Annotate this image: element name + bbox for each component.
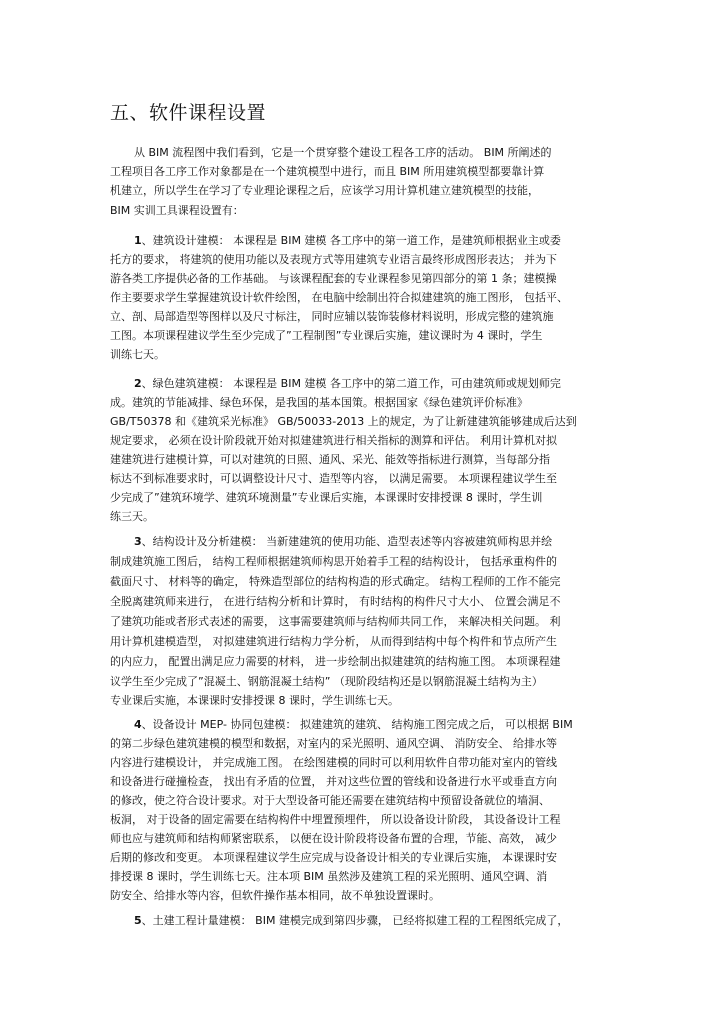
item-number: 4: [134, 718, 142, 731]
text-line: 规定要求， 必须在设计阶段就开始对拟建建筑进行相关指标的测算和评估。 利用计算机…: [110, 434, 615, 448]
text-line: 4、设备设计 MEP- 协同包建模： 拟建建筑的建筑、 结构施工图完成之后， 可…: [134, 718, 615, 732]
text-line: 师也应与建筑师和结构师紧密联系， 以便在设计阶段将设备布置的合理，节能、高效， …: [110, 832, 615, 846]
text-line: 成。建筑的节能减排、绿色环保，是我国的基本国策。根据国家《绿色建筑评价标准》: [110, 396, 615, 410]
text-line: 和设备进行碰撞检查， 找出有矛盾的位置， 并对这些位置的管线和设备进行水平或垂直…: [110, 775, 615, 789]
text-line: 内容进行建模设计， 并完成施工图。 在绘图建模的同时可以利用软件自带功能对室内的…: [110, 756, 615, 770]
text-line: 机建立，所以学生在学习了专业理论课程之后，应该学习用计算机建立建筑模型的技能，: [110, 184, 615, 198]
text-line: 少完成了”建筑环境学、建筑环境测量”专业课后实施，本课课时安排授课 8 课时，学…: [110, 491, 615, 505]
text-line: 从 BIM 流程图中我们看到，它是一个贯穿整个建设工程各工序的活动。 BIM 所…: [134, 146, 615, 160]
text-line: 防安全、给排水等内容，但软件操作基本相同，故不单独设置课时。: [110, 889, 615, 903]
text-line-content: 、建筑设计建模： 本课程是 BIM 建模 各工序中的第一道工作，是建筑师根据业主…: [142, 234, 561, 247]
text-line: 工程项目各工序工作对象都是在一个建筑模型中进行，而且 BIM 所用建筑模型都要靠…: [110, 165, 615, 179]
document-page: 五、软件课程设置 从 BIM 流程图中我们看到，它是一个贯穿整个建设工程各工序的…: [0, 0, 724, 1024]
text-line: 托方的要求， 将建筑的使用功能以及表现方式等用建筑专业语言最终形成图形表达； 并…: [110, 253, 615, 267]
text-line: 工图。本项课程建议学生至少完成了”工程制图”专业课后实施，建议课时为 4 课时，…: [110, 329, 615, 343]
text-line: GB/T50378 和《建筑采光标准》 GB/50033-2013 上的规定，为…: [110, 415, 615, 429]
text-line: 的修改，使之符合设计要求。对于大型设备可能还需要在建筑结构中预留设备就位的墙洞、: [110, 794, 615, 808]
text-line-content: 、结构设计及分析建模： 当新建建筑的使用功能、造型表述等内容被建筑师构思并绘: [142, 535, 553, 548]
text-line: BIM 实训工具课程设置有：: [110, 204, 615, 218]
text-line: 制成建筑施工图后， 结构工程师根据建筑师构思开始着手工程的结构设计， 包括承重构…: [110, 555, 615, 569]
text-line: 截面尺寸、 材料等的确定， 特殊造型部位的结构构造的形式确定。 结构工程师的工作…: [110, 575, 615, 589]
text-line: 的内应力， 配置出满足应力需要的材料， 进一步绘制出拟建建筑的结构施工图。 本项…: [110, 655, 615, 669]
text-line: 专业课后实施，本课课时安排授课 8 课时，学生训练七天。: [110, 694, 615, 708]
text-line: 议学生至少完成了”混凝土、钢筋混凝土结构” （现阶段结构还是以钢筋混凝土结构为主…: [110, 675, 615, 689]
text-line: 的第二步绿色建筑建模的模型和数据，对室内的采光照明、通风空调、 消防安全、 给排…: [110, 737, 615, 751]
text-line: 游各类工序提供必备的工作基础。 与该课程配套的专业课程参见第四部分的第 1 条；…: [110, 272, 615, 286]
text-line-content: 、绿色建筑建模： 本课程是 BIM 建模 各工序中的第二道工作，可由建筑师或规划…: [142, 377, 561, 390]
text-line: 3、结构设计及分析建模： 当新建建筑的使用功能、造型表述等内容被建筑师构思并绘: [134, 535, 615, 549]
text-line: 标达不到标准要求时，可以调整设计尺寸、造型等内容， 以满足需要。 本项课程建议学…: [110, 472, 615, 486]
text-line: 立、剖、局部造型等图样以及尺寸标注， 同时应辅以装饰装修材料说明，形成完整的建筑…: [110, 310, 615, 324]
item-number: 1: [134, 234, 142, 247]
text-line: 作主要要求学生掌握建筑设计软件绘图， 在电脑中绘制出符合拟建建筑的施工图形， 包…: [110, 291, 615, 305]
item-number: 2: [134, 377, 142, 390]
text-line: 用计算机建模造型， 对拟建建筑进行结构力学分析， 从而得到结构中每个构件和节点所…: [110, 635, 615, 649]
item-number: 5: [134, 914, 142, 927]
text-line: 全脱离建筑师来进行， 在进行结构分析和计算时， 有时结构的构件尺寸大小、 位置会…: [110, 595, 615, 609]
text-line-content: 、土建工程计量建模： BIM 建模完成到第四步骤， 已经将拟建工程的工程图纸完成…: [142, 914, 569, 927]
text-line: 5、土建工程计量建模： BIM 建模完成到第四步骤， 已经将拟建工程的工程图纸完…: [134, 914, 615, 928]
section-heading: 五、软件课程设置: [110, 98, 266, 125]
text-line: 训练七天。: [110, 348, 615, 362]
text-line: 排授课 8 课时，学生训练七天。注本项 BIM 虽然涉及建筑工程的采光照明、通风…: [110, 870, 615, 884]
item-number: 3: [134, 535, 142, 548]
text-line: 建建筑进行建模计算，可以对建筑的日照、通风、采光、能效等指标进行测算，当每部分指: [110, 453, 615, 467]
text-line-content: 、设备设计 MEP- 协同包建模： 拟建建筑的建筑、 结构施工图完成之后， 可以…: [142, 718, 573, 731]
text-line: 2、绿色建筑建模： 本课程是 BIM 建模 各工序中的第二道工作，可由建筑师或规…: [134, 377, 615, 391]
text-line: 1、建筑设计建模： 本课程是 BIM 建模 各工序中的第一道工作，是建筑师根据业…: [134, 234, 615, 248]
text-line: 了建筑功能或者形式表述的需要， 这事需要建筑师与结构师共同工作， 来解决相关问题…: [110, 615, 615, 629]
text-line: 板洞， 对于设备的固定需要在结构构件中埋置预埋件， 所以设备设计阶段， 其设备设…: [110, 813, 615, 827]
text-line: 后期的修改和变更。 本项课程建议学生应完成与设备设计相关的专业课后实施， 本课课…: [110, 851, 615, 865]
text-line: 练三天。: [110, 510, 615, 524]
